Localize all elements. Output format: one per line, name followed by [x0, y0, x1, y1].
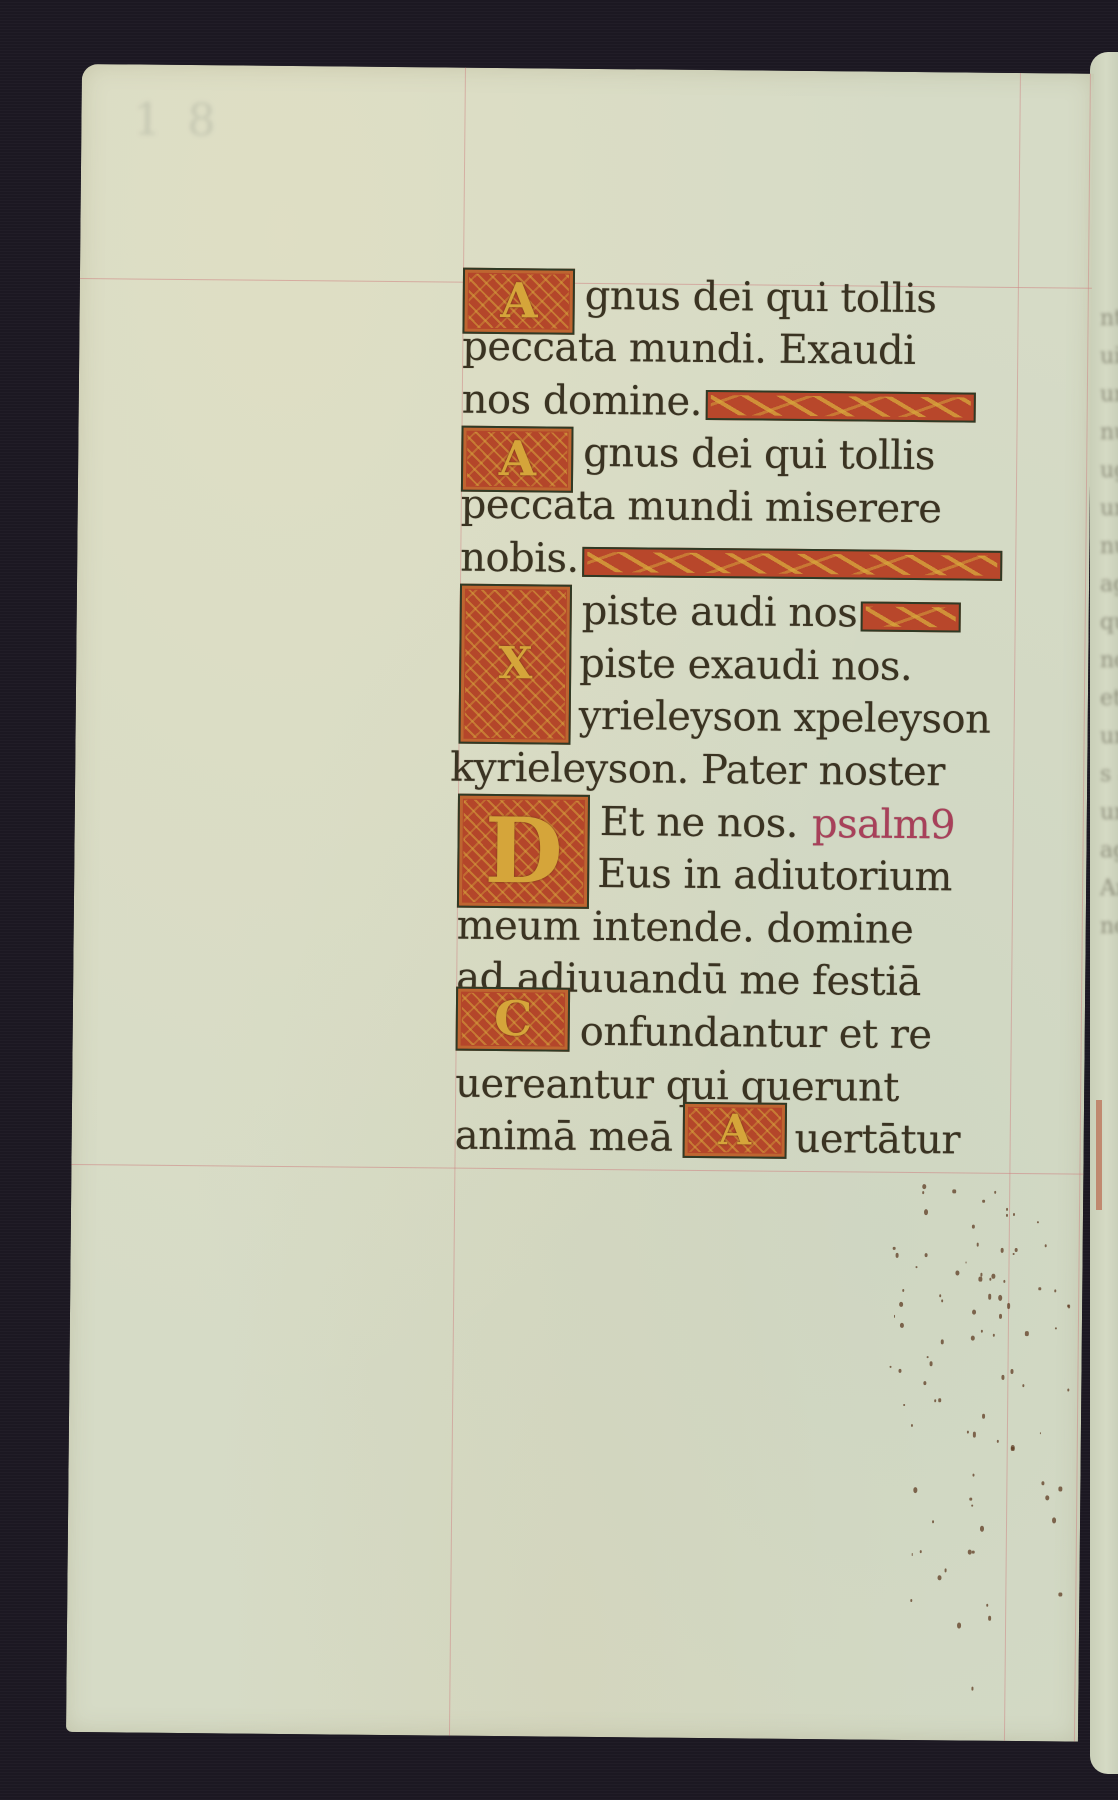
- line-text: nobis.: [460, 537, 579, 578]
- line-text: onfundantur et re: [580, 1012, 932, 1055]
- line-text: animā meā: [455, 1116, 673, 1158]
- line-filler: [861, 602, 961, 633]
- text-line: nos domine.: [462, 373, 1022, 431]
- illuminated-initial: A: [461, 425, 574, 492]
- line-filler: [583, 546, 1003, 580]
- line-text: yrieleyson xpeleyson: [579, 696, 991, 740]
- text-line: nobis.: [460, 531, 1020, 589]
- text-line: Agnus dei qui tollis: [463, 268, 1023, 326]
- ruling-outer: [1074, 74, 1091, 1742]
- text-line: Agnus dei qui tollis: [461, 425, 1021, 483]
- text-line: kyrieleyson. Pater noster: [450, 741, 1018, 799]
- line-text: gnus dei qui tollis: [583, 433, 935, 476]
- text-line: Confundantur et re: [455, 1004, 1015, 1062]
- line-text: kyrieleyson. Pater noster: [450, 748, 945, 793]
- line-text: piste exaudi nos.: [579, 644, 912, 687]
- manuscript-leaf: 1 8 Agnus dei qui tollispeccata mundi. E…: [66, 64, 1094, 1742]
- foxing-spots: [82, 64, 1094, 74]
- text-line: DEt ne nos.psalm9: [458, 794, 1018, 852]
- line-text: Eus in adiutorium: [597, 854, 952, 897]
- line-text: peccata mundi. Exaudi: [462, 327, 915, 371]
- line-text: peccata mundi miserere: [461, 485, 942, 530]
- facing-page-text: nt ui ura nus ugi ura nus ag qui nos et …: [1100, 300, 1118, 1200]
- text-block: Agnus dei qui tollispeccata mundi. Exaud…: [454, 268, 1023, 1167]
- illuminated-initial: D: [457, 794, 590, 909]
- rubric-text: psalm9: [812, 804, 956, 845]
- text-line: meum intende. domine: [456, 899, 1016, 957]
- text-line: peccata mundi. Exaudi: [462, 320, 1022, 378]
- line-text: uereantur qui querunt: [455, 1063, 899, 1107]
- illuminated-initial: A: [682, 1102, 787, 1159]
- line-text: Et ne nos.: [600, 802, 799, 844]
- line-text: nos domine.: [462, 379, 703, 421]
- text-line: Xpiste audi nos: [460, 583, 1020, 641]
- text-line: animā meāAuertātur: [454, 1109, 1014, 1167]
- line-filler: [706, 390, 976, 423]
- folio-number-ghost: 1 8: [133, 94, 224, 150]
- line-text: piste audi nos: [582, 591, 858, 634]
- illuminated-initial: C: [456, 987, 571, 1052]
- line-text: meum intende. domine: [457, 905, 914, 949]
- illuminated-initial: X: [458, 583, 572, 744]
- facing-page-initial: [1096, 1100, 1102, 1210]
- line-text: uertātur: [794, 1119, 960, 1161]
- illuminated-initial: A: [462, 268, 575, 335]
- line-text: gnus dei qui tollis: [585, 275, 937, 318]
- text-line: peccata mundi miserere: [461, 478, 1021, 536]
